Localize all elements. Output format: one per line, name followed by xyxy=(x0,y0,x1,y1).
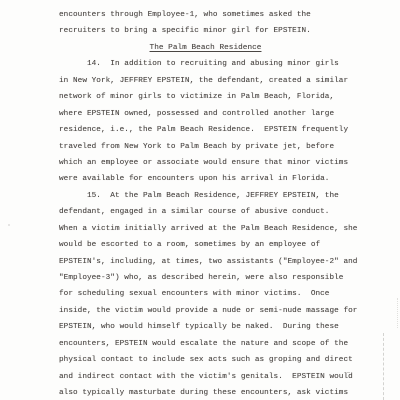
document-line: recruiters to bring a specific minor gir… xyxy=(59,23,352,39)
document-line: "Employee-3") who, as described herein, … xyxy=(59,270,352,286)
document-line: 14. In addition to recruiting and abusin… xyxy=(59,56,352,72)
document-line: where EPSTEIN owned, possessed and contr… xyxy=(59,106,352,122)
document-line: were available for encounters upon his a… xyxy=(59,171,352,187)
document-page: encounters through Employee-1, who somet… xyxy=(0,0,400,400)
document-line: encounters through Employee-1, who somet… xyxy=(59,7,352,23)
scan-artifact-speck xyxy=(8,224,10,226)
document-line: residence, i.e., the Palm Beach Residenc… xyxy=(59,122,352,138)
document-line: encounters, EPSTEIN would escalate the n… xyxy=(59,336,352,352)
document-line: physical contact to include sex acts suc… xyxy=(59,352,352,368)
document-line: EPSTEIN, who would himself typically be … xyxy=(59,319,352,335)
document-line: network of minor girls to victimize in P… xyxy=(59,89,352,105)
document-line: defendant, engaged in a similar course o… xyxy=(59,204,352,220)
document-line: The Palm Beach Residence xyxy=(59,40,352,56)
document-line: also typically masturbate during these e… xyxy=(59,385,352,400)
document-line: When a victim initially arrived at the P… xyxy=(59,221,352,237)
document-line: EPSTEIN's, including, at times, two assi… xyxy=(59,254,352,270)
scan-artifact-speck xyxy=(347,372,350,373)
document-line: for scheduling sexual encounters with mi… xyxy=(59,286,352,302)
document-line: traveled from New York to Palm Beach by … xyxy=(59,139,352,155)
document-line: which an employee or associate would ens… xyxy=(59,155,352,171)
document-line: would be escorted to a room, sometimes b… xyxy=(59,237,352,253)
document-line: in New York, JEFFREY EPSTEIN, the defend… xyxy=(59,73,352,89)
document-line: 15. At the Palm Beach Residence, JEFFREY… xyxy=(59,188,352,204)
scan-artifact-dashed-line xyxy=(383,333,384,400)
document-line: and indirect contact with the victim's g… xyxy=(59,369,352,385)
scan-artifact-speck xyxy=(132,177,134,179)
document-text-block: encounters through Employee-1, who somet… xyxy=(0,7,400,400)
scan-artifact-dashed-line xyxy=(397,298,398,328)
document-line: inside, the victim would provide a nude … xyxy=(59,303,352,319)
